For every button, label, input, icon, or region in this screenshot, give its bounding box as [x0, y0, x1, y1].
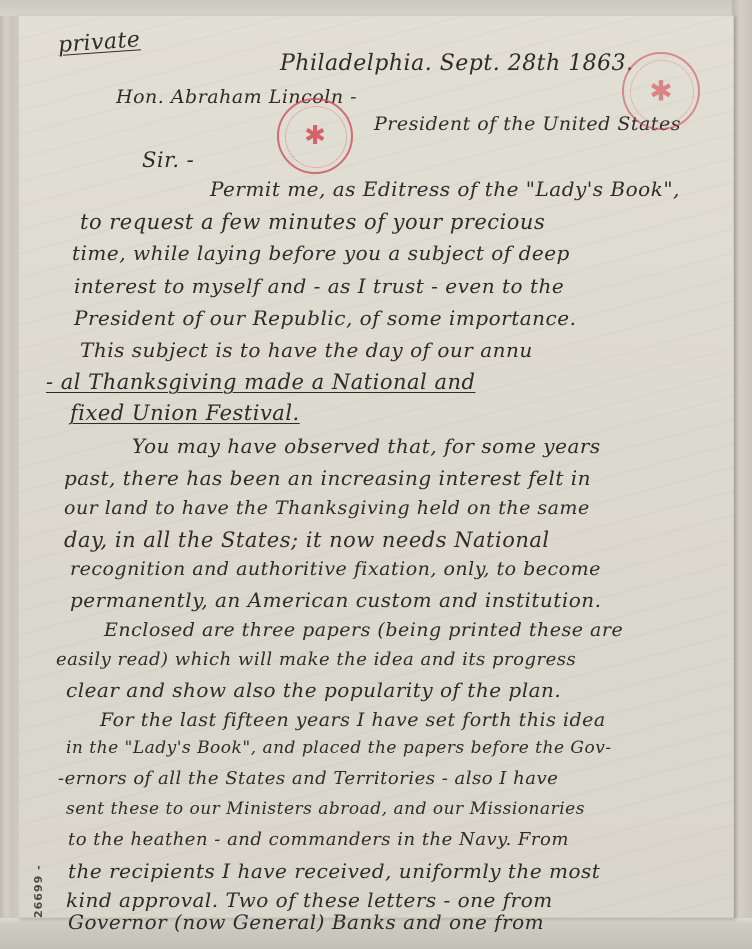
library-stamp-left: ✱ — [277, 98, 353, 174]
body-line-5: President of our Republic, of some impor… — [74, 306, 576, 330]
body-line-3: time, while laying before you a subject … — [72, 241, 570, 265]
catalog-number: 26699 - — [32, 864, 45, 918]
body-line-1: Permit me, as Editress of the "Lady's Bo… — [210, 177, 680, 201]
body-line-6: This subject is to have the day of our a… — [80, 338, 533, 362]
body-line-21: sent these to our Ministers abroad, and … — [66, 799, 585, 819]
body-line-20: -ernors of all the States and Territorie… — [58, 768, 558, 789]
eagle-emblem-icon: ✱ — [304, 121, 326, 151]
body-line-24: kind approval. Two of these letters - on… — [66, 888, 553, 912]
body-line-10: past, there has been an increasing inter… — [64, 466, 591, 490]
body-line-4: interest to myself and - as I trust - ev… — [74, 274, 564, 298]
body-line-17: clear and show also the popularity of th… — [66, 678, 561, 702]
body-line-25: Governor (now General) Banks and one fro… — [68, 910, 544, 934]
mount-right-edge — [732, 0, 752, 949]
body-line-13: recognition and authoritive fixation, on… — [70, 558, 601, 580]
salutation: Sir. - — [142, 148, 194, 172]
library-stamp-right: ✱ — [622, 52, 700, 130]
mount-top-edge — [0, 0, 752, 16]
body-line-14: permanently, an American custom and inst… — [70, 588, 602, 612]
eagle-emblem-icon: ✱ — [649, 75, 672, 108]
body-line-11: our land to have the Thanksgiving held o… — [64, 497, 590, 519]
body-line-22: to the heathen - and commanders in the N… — [68, 829, 569, 850]
letter-page: private Philadelphia. Sept. 28th 1863. H… — [18, 15, 734, 918]
body-line-7: - al Thanksgiving made a National and — [46, 370, 475, 394]
body-line-19: in the "Lady's Book", and placed the pap… — [66, 738, 612, 758]
body-line-16: easily read) which will make the idea an… — [56, 649, 576, 670]
dateline: Philadelphia. Sept. 28th 1863. — [280, 51, 634, 76]
body-line-15: Enclosed are three papers (being printed… — [104, 619, 623, 641]
body-line-9: You may have observed that, for some yea… — [132, 434, 601, 458]
body-line-23: the recipients I have received, uniforml… — [68, 859, 600, 883]
private-marking: private — [57, 27, 141, 58]
body-line-18: For the last fifteen years I have set fo… — [100, 709, 606, 731]
body-line-12: day, in all the States; it now needs Nat… — [64, 528, 550, 552]
body-line-8: fixed Union Festival. — [70, 401, 300, 425]
body-line-2: to request a few minutes of your preciou… — [80, 210, 545, 234]
